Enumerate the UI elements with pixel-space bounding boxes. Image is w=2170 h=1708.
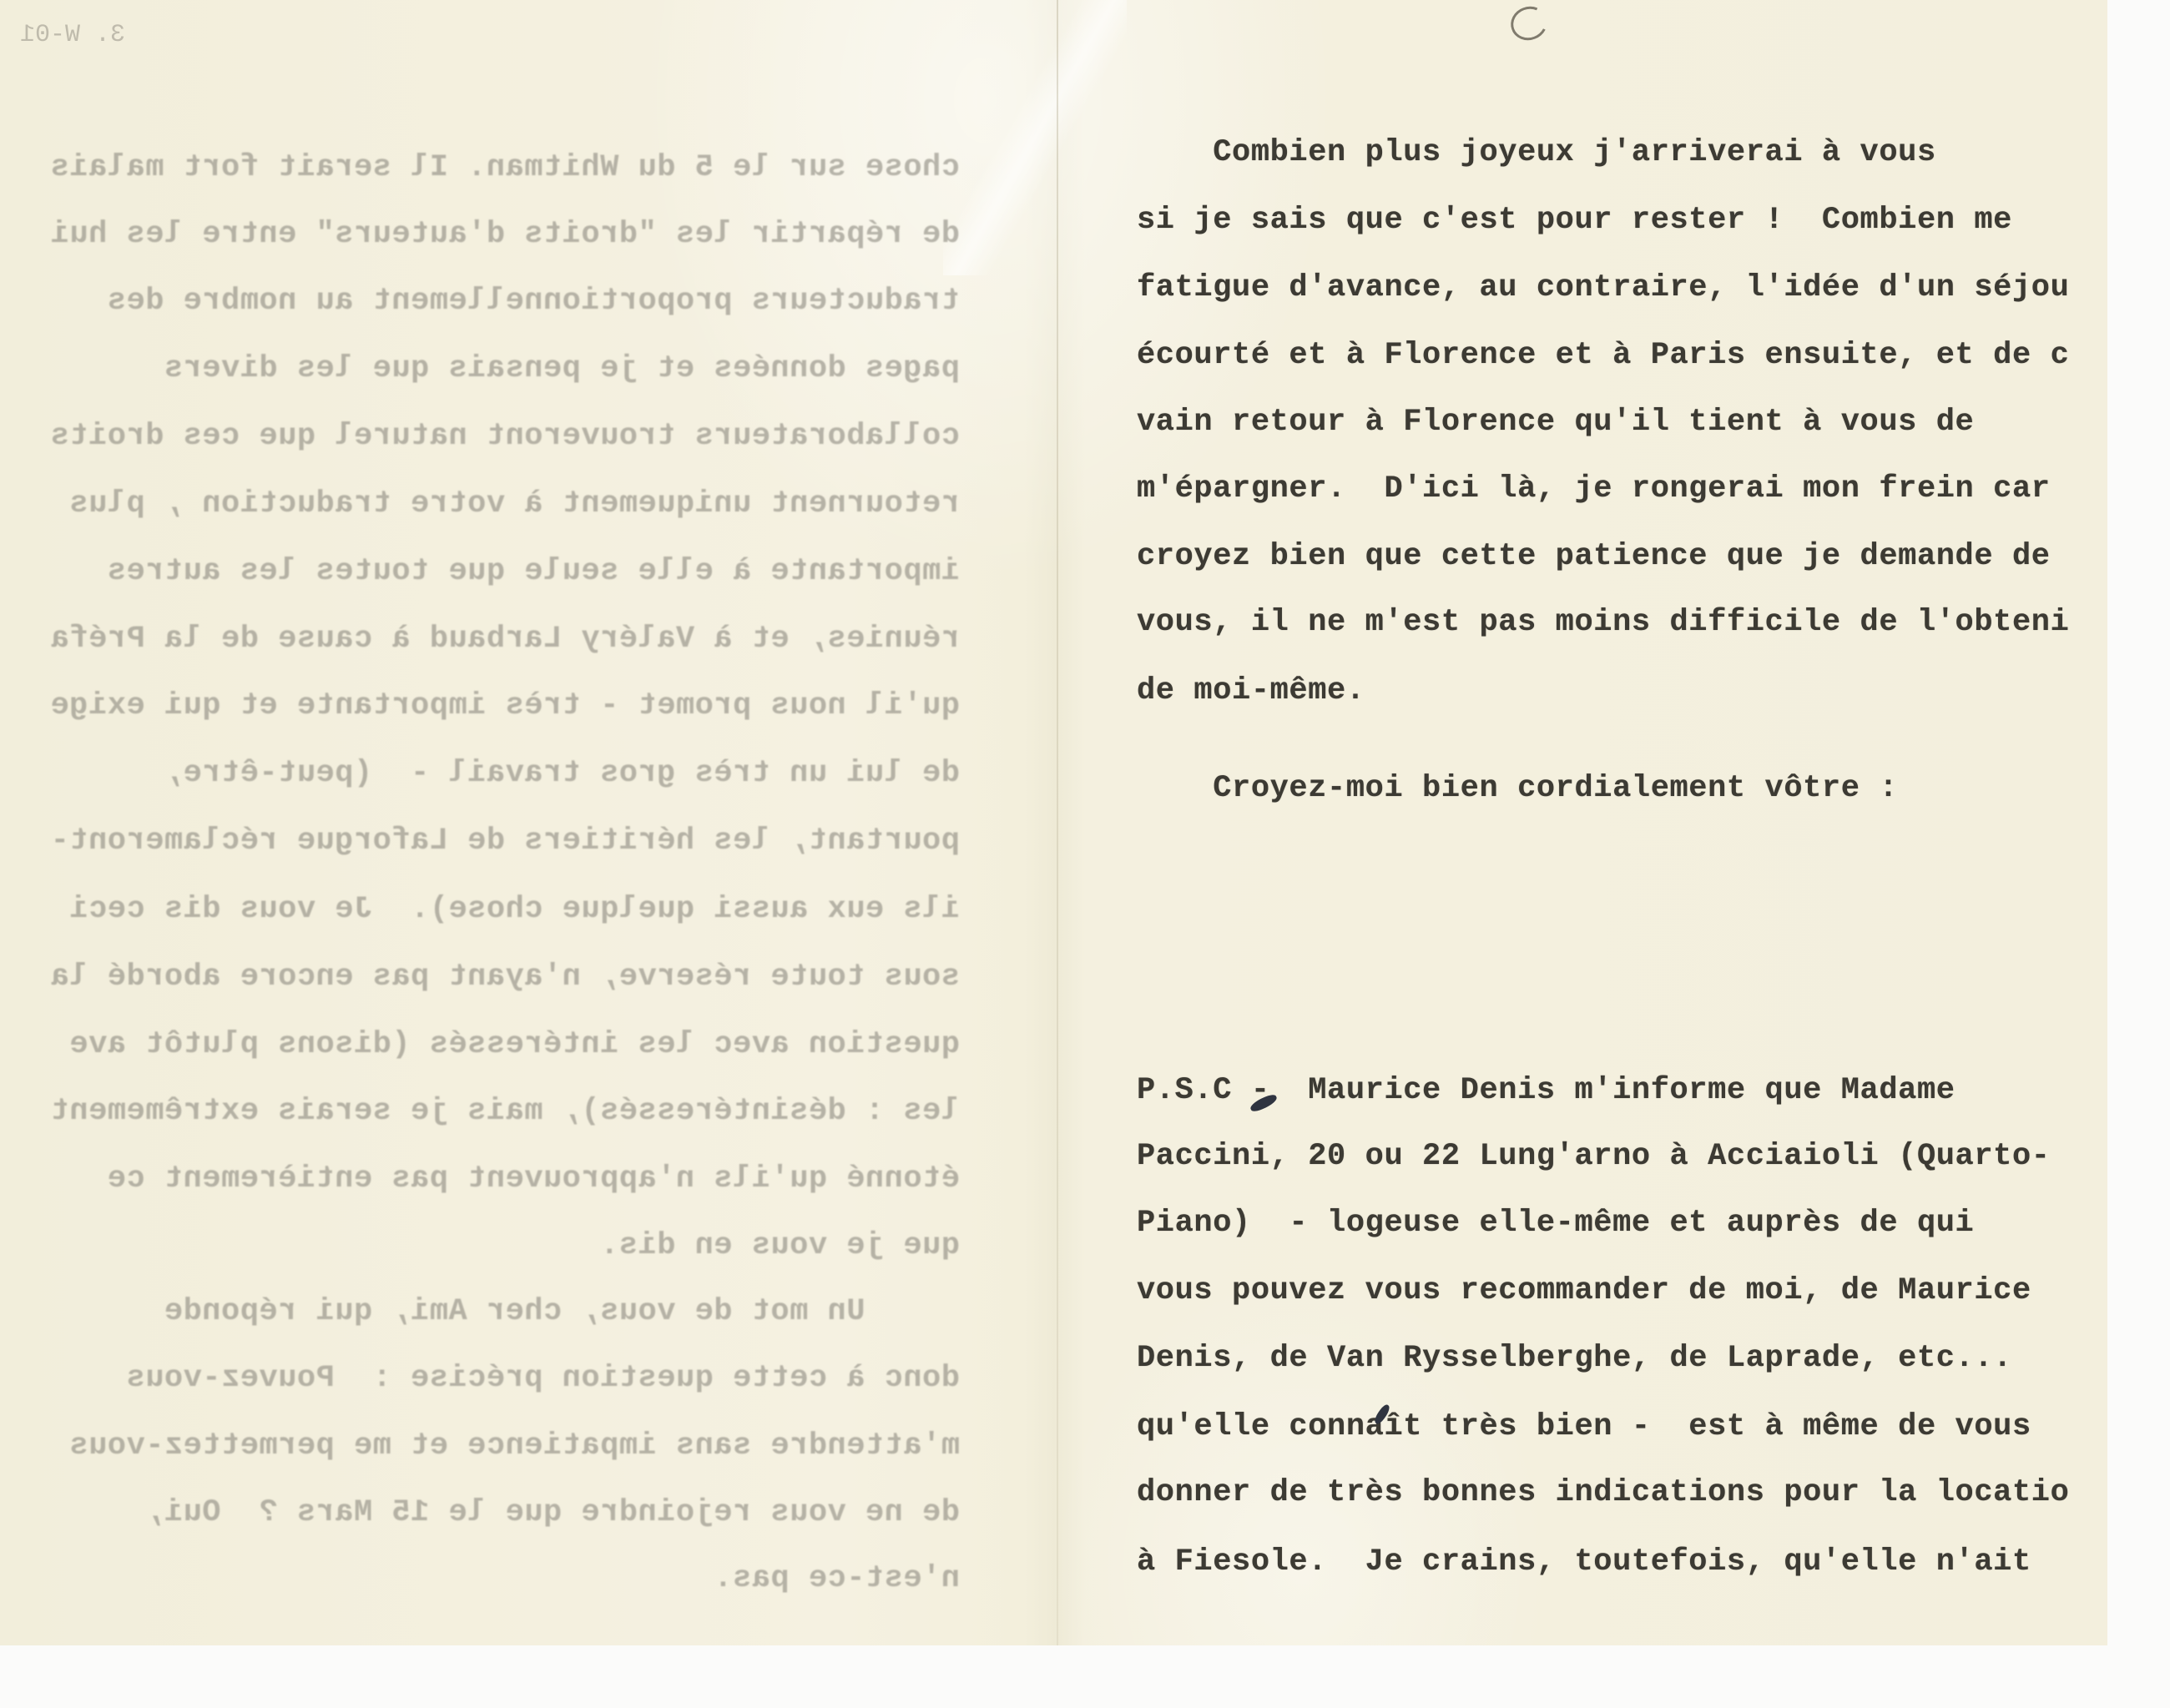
- postscript-line: donner de très bonnes indications pour l…: [1137, 1475, 2069, 1510]
- postscript-line: qu'elle connaît très bien - est à même d…: [1137, 1409, 2031, 1444]
- body-line: vous, il ne m'est pas moins difficile de…: [1137, 605, 2069, 640]
- postscript-line: Piano) - logeuse elle-même et auprès de …: [1137, 1206, 1974, 1241]
- right-page: Combien plus joyeux j'arriverai à vous s…: [0, 0, 2107, 1645]
- postscript-line: Denis, de Van Rysselberghe, de Laprade, …: [1137, 1341, 2012, 1376]
- right-page-text-area: Combien plus joyeux j'arriverai à vous s…: [0, 0, 2107, 1645]
- body-line: vain retour à Florence qu'il tient à vou…: [1137, 405, 1974, 440]
- postscript-line: à Fiesole. Je crains, toutefois, qu'elle…: [1137, 1544, 2031, 1580]
- body-line: m'épargner. D'ici là, je rongerai mon fr…: [1137, 471, 2051, 506]
- postscript-line: Paccini, 20 ou 22 Lung'arno à Acciaioli …: [1137, 1139, 2051, 1174]
- postscript-line: vous pouvez vous recommander de moi, de …: [1137, 1273, 2031, 1308]
- body-line: de moi-même.: [1137, 673, 1365, 708]
- body-line: si je sais que c'est pour rester ! Combi…: [1137, 203, 2012, 238]
- body-line: croyez bien que cette patience que je de…: [1137, 539, 2051, 574]
- body-line: Combien plus joyeux j'arriverai à vous: [1137, 135, 1936, 170]
- closing-line: Croyez-moi bien cordialement vôtre :: [1137, 771, 1898, 806]
- body-line: fatigue d'avance, au contraire, l'idée d…: [1137, 270, 2069, 305]
- body-line: écourté et à Florence et à Paris ensuite…: [1137, 338, 2069, 373]
